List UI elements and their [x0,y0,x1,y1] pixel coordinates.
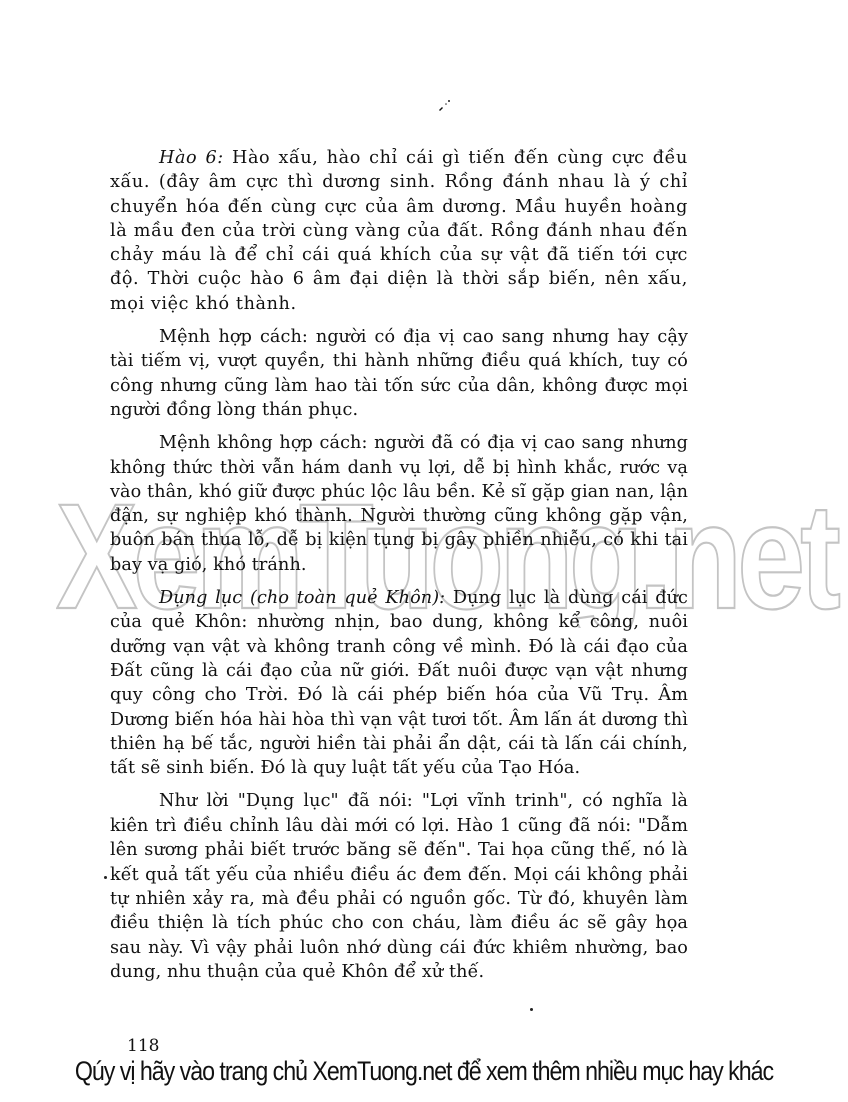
book-page: XemTuong.net Hào 6: Hào xấu, hào chỉ cái… [0,0,848,1102]
footer-banner: Qúy vị hãy vào trang chủ XemTuong.net để… [59,1056,788,1087]
paragraph-menh-hop-cach: Mệnh hợp cách: người có địa vị cao sang … [110,325,688,422]
scan-dot [104,876,107,879]
paragraph-text: Mệnh không hợp cách: người đã có địa vị … [110,433,688,574]
scan-dot [530,1008,533,1011]
page-number: 118 [127,1036,159,1056]
paragraph-lead: Hào 6: [159,148,224,168]
body-text: Hào 6: Hào xấu, hào chỉ cái gì tiến đến … [110,146,688,994]
paragraph-text: Dụng lục là dùng cái đức của quẻ Khôn: n… [110,588,688,778]
paragraph-text: Như lời "Dụng lục" đã nói: "Lợi vĩnh tri… [110,791,688,982]
scan-speck-icon [438,98,452,112]
paragraph-text: Mệnh hợp cách: người có địa vị cao sang … [110,327,688,420]
paragraph-lead: Dụng lục (cho toàn quẻ Khôn): [159,588,445,608]
paragraph-nhu-loi: Như lời "Dụng lục" đã nói: "Lợi vĩnh tri… [110,789,688,984]
paragraph-text: Hào xấu, hào chỉ cái gì tiến đến cùng cự… [110,148,688,314]
paragraph-dung-luc: Dụng lục (cho toàn quẻ Khôn): Dụng lục l… [110,586,688,780]
paragraph-hao-6: Hào 6: Hào xấu, hào chỉ cái gì tiến đến … [110,146,688,316]
paragraph-menh-khong-hop-cach: Mệnh không hợp cách: người đã có địa vị … [110,431,688,577]
